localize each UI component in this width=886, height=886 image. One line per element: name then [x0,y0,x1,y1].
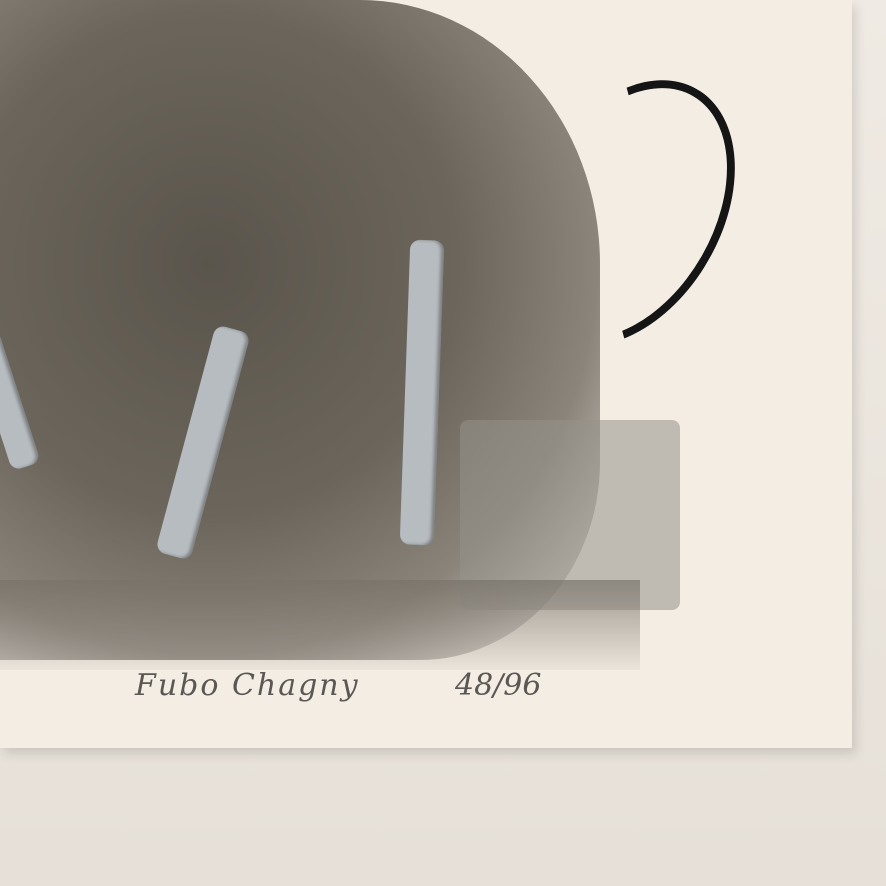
artwork-paper: Fubo Chagny 48/96 [0,0,852,748]
artist-signature: Fubo Chagny [135,668,360,703]
edition-number: 48/96 [455,668,541,703]
ink-wash-bottom [0,580,640,670]
